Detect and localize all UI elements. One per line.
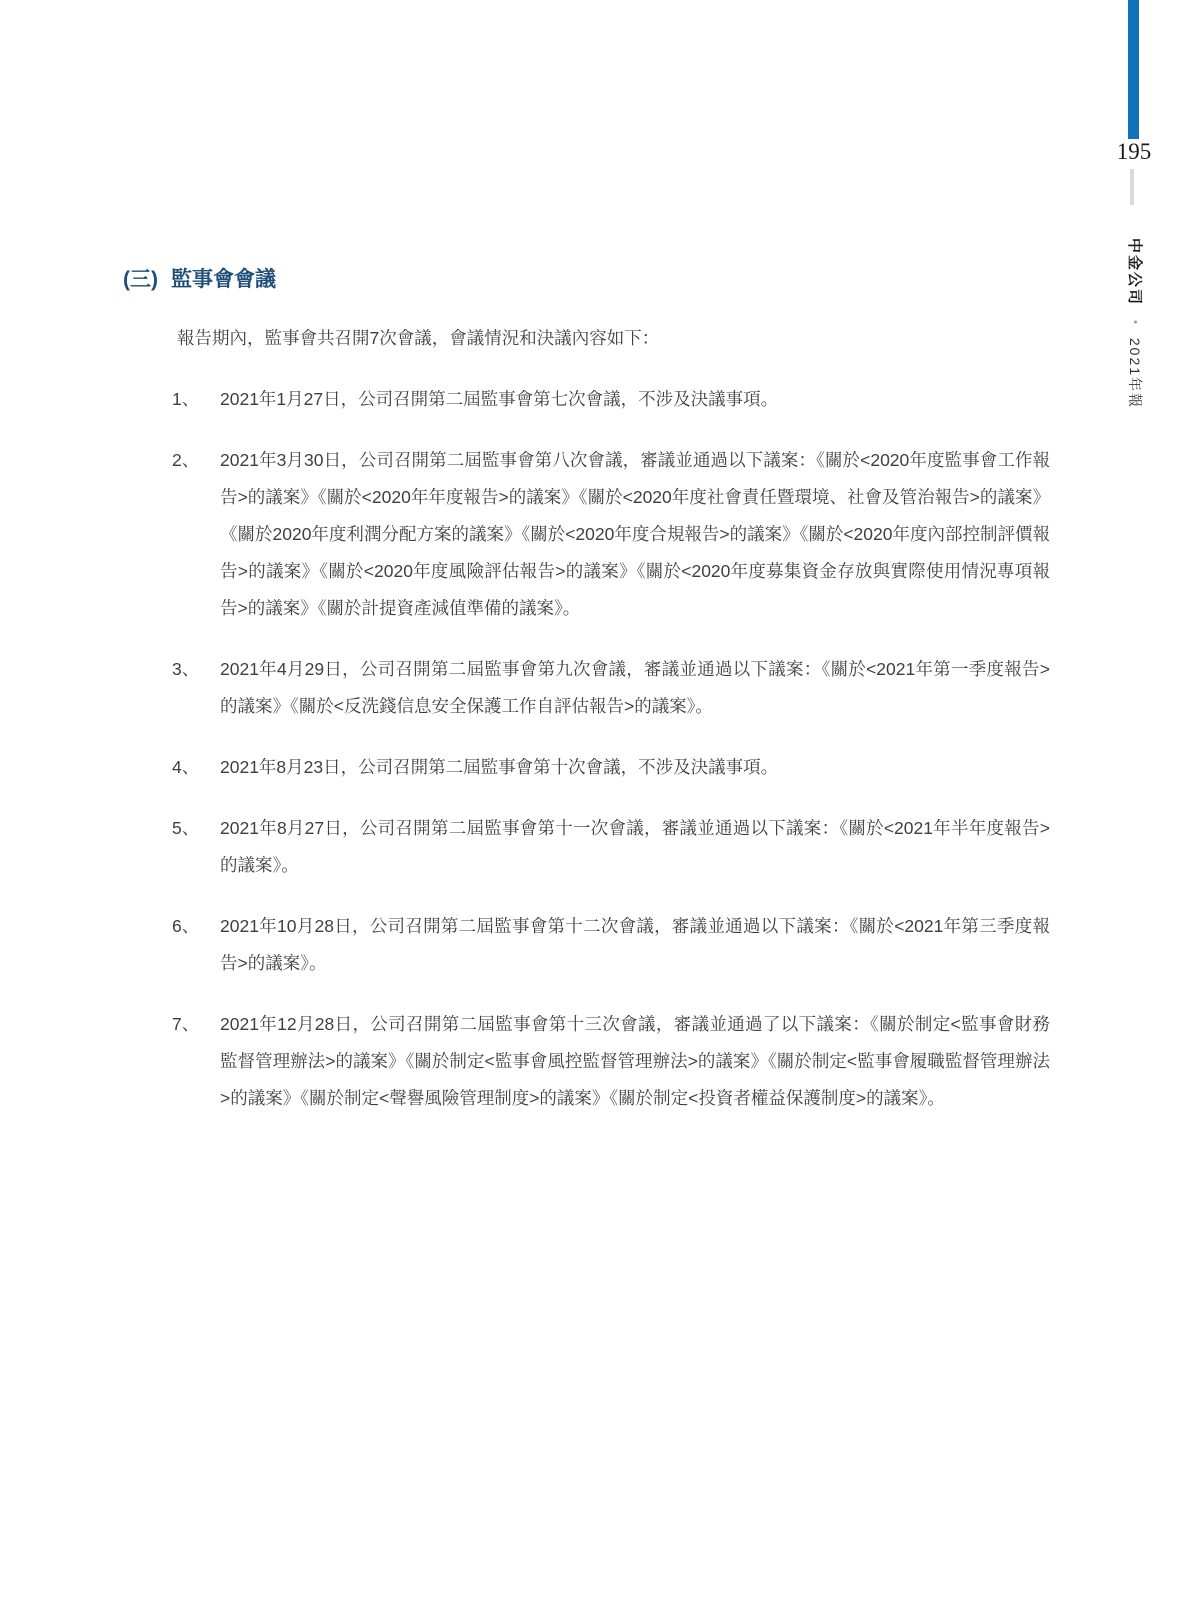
- list-item: 2、 2021年3月30日，公司召開第二屆監事會第八次會議，審議並通過以下議案：…: [172, 442, 1050, 627]
- list-item-text: 2021年4月29日，公司召開第二屆監事會第九次會議，審議並通過以下議案：《關於…: [220, 651, 1050, 725]
- list-item-text: 2021年8月27日，公司召開第二屆監事會第十一次會議，審議並通過以下議案：《關…: [220, 810, 1050, 884]
- list-item-marker: 4、: [172, 749, 220, 786]
- separator-dot: •: [1130, 320, 1142, 324]
- list-item: 4、 2021年8月23日，公司召開第二屆監事會第十次會議，不涉及決議事項。: [172, 749, 1050, 786]
- vertical-running-title: 中金公司 • 2021年報: [1125, 238, 1146, 409]
- company-name: 中金公司: [1125, 238, 1146, 306]
- list-item-text: 2021年1月27日，公司召開第二屆監事會第七次會議，不涉及決議事項。: [220, 381, 1050, 418]
- list-item-marker: 5、: [172, 810, 220, 884]
- section-intro: 報告期內，監事會共召開7次會議，會議情況和決議內容如下：: [177, 320, 1050, 357]
- list-item-marker: 3、: [172, 651, 220, 725]
- list-item-text: 2021年10月28日，公司召開第二屆監事會第十二次會議，審議並通過以下議案：《…: [220, 908, 1050, 982]
- list-item: 6、 2021年10月28日，公司召開第二屆監事會第十二次會議，審議並通過以下議…: [172, 908, 1050, 982]
- section-heading: (三) 監事會會議: [123, 266, 1050, 294]
- list-item: 1、 2021年1月27日，公司召開第二屆監事會第七次會議，不涉及決議事項。: [172, 381, 1050, 418]
- list-item-text: 2021年8月23日，公司召開第二屆監事會第十次會議，不涉及決議事項。: [220, 749, 1050, 786]
- page-number: 195: [1108, 139, 1160, 165]
- report-year: 2021年報: [1126, 338, 1146, 409]
- list-item-marker: 6、: [172, 908, 220, 982]
- list-item-text: 2021年12月28日，公司召開第二屆監事會第十三次會議，審議並通過了以下議案：…: [220, 1006, 1050, 1117]
- list-item-marker: 2、: [172, 442, 220, 627]
- section-index: (三): [123, 266, 158, 294]
- list-item: 5、 2021年8月27日，公司召開第二屆監事會第十一次會議，審議並通過以下議案…: [172, 810, 1050, 884]
- accent-bar: [1128, 0, 1139, 139]
- list-item: 7、 2021年12月28日，公司召開第二屆監事會第十三次會議，審議並通過了以下…: [172, 1006, 1050, 1117]
- list-item-marker: 1、: [172, 381, 220, 418]
- list-item-marker: 7、: [172, 1006, 220, 1117]
- page-number-rule: [1130, 169, 1134, 205]
- section-title: 監事會會議: [171, 266, 276, 294]
- page-content: (三) 監事會會議 報告期內，監事會共召開7次會議，會議情況和決議內容如下： 1…: [123, 266, 1050, 1117]
- list-item: 3、 2021年4月29日，公司召開第二屆監事會第九次會議，審議並通過以下議案：…: [172, 651, 1050, 725]
- list-item-text: 2021年3月30日，公司召開第二屆監事會第八次會議，審議並通過以下議案：《關於…: [220, 442, 1050, 627]
